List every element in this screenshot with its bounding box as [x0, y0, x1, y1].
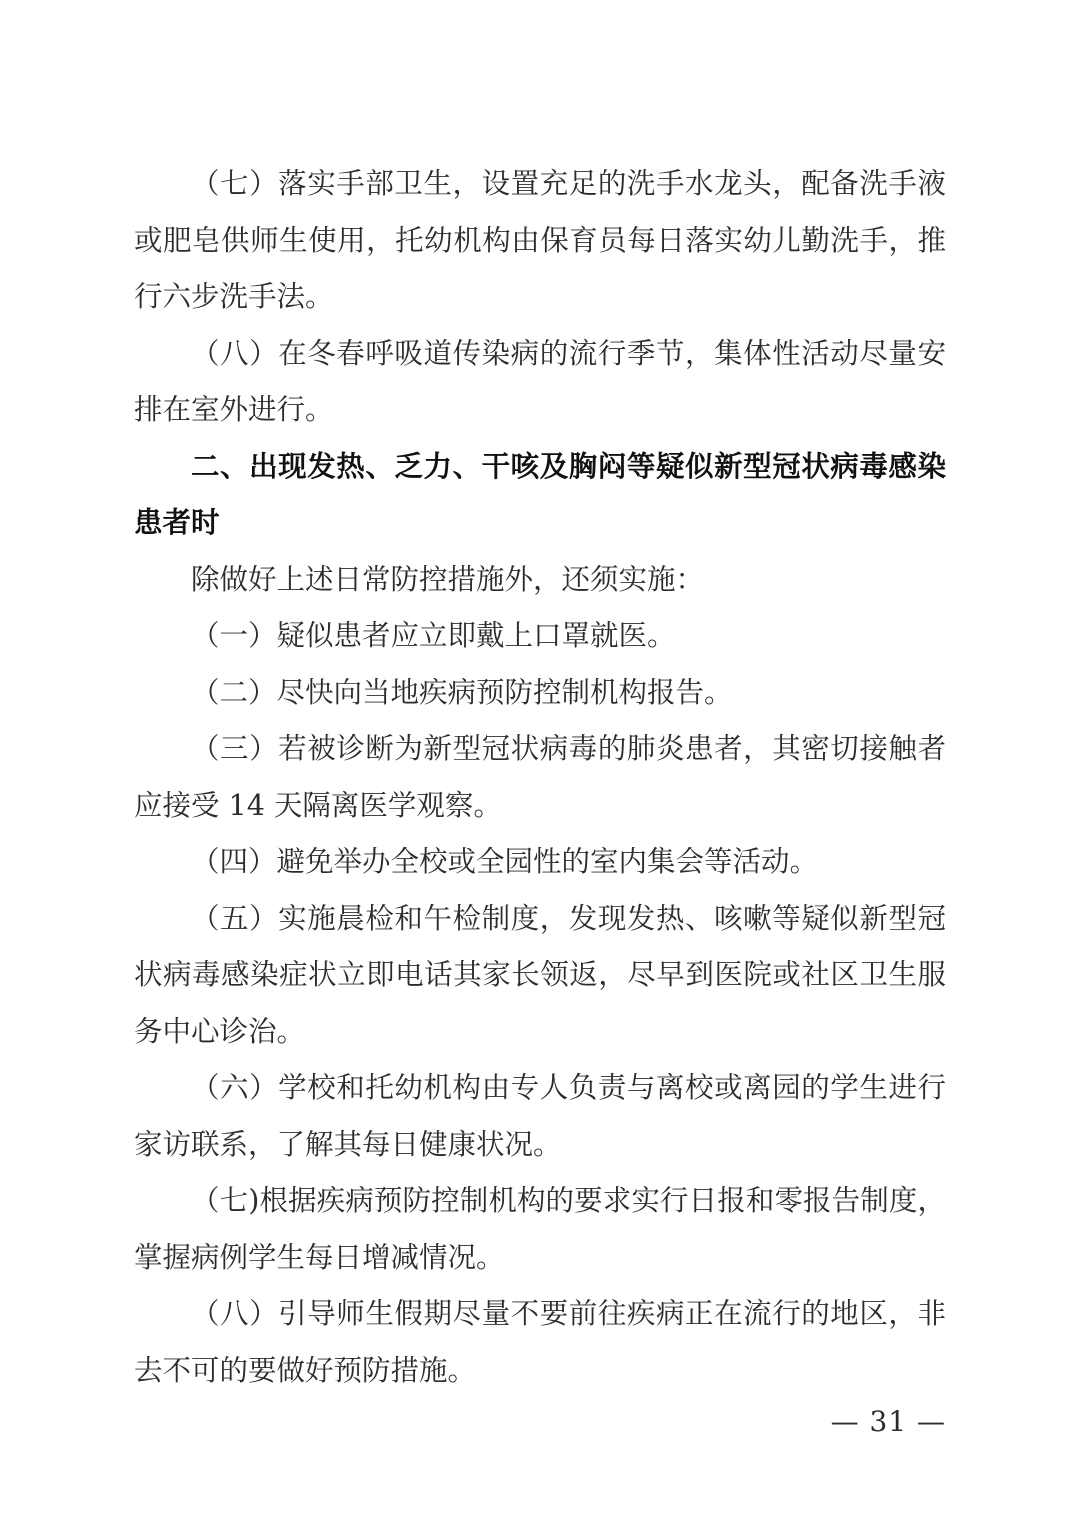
- paragraph-item-8-outdoor-activities: （八）在冬春呼吸道传染病的流行季节，集体性活动尽量安排在室外进行。: [134, 326, 946, 439]
- paragraph-item-7-hand-hygiene: （七）落实手部卫生，设置充足的洗手水龙头，配备洗手液或肥皂供师生使用，托幼机构由…: [134, 156, 946, 326]
- paragraph-item-5-morning-noon-checks: （五）实施晨检和午检制度，发现发热、咳嗽等疑似新型冠状病毒感染症状立即电话其家长…: [134, 891, 946, 1061]
- paragraph-item-6-home-visits: （六）学校和托幼机构由专人负责与离校或离园的学生进行家访联系，了解其每日健康状况…: [134, 1060, 946, 1173]
- paragraph-item-4-avoid-gatherings: （四）避免举办全校或全园性的室内集会等活动。: [134, 834, 946, 891]
- paragraph-item-7-daily-reporting: （七)根据疾病预防控制机构的要求实行日报和零报告制度，掌握病例学生每日增减情况。: [134, 1173, 946, 1286]
- document-page: （七）落实手部卫生，设置充足的洗手水龙头，配备洗手液或肥皂供师生使用，托幼机构由…: [0, 0, 1080, 1527]
- page-number: — 31 —: [134, 1405, 946, 1438]
- section-heading-suspected-cases: 二、出现发热、乏力、干咳及胸闷等疑似新型冠状病毒感染患者时: [134, 439, 946, 552]
- document-body: （七）落实手部卫生，设置充足的洗手水龙头，配备洗手液或肥皂供师生使用，托幼机构由…: [134, 156, 946, 1399]
- paragraph-item-2-report-cdc: （二）尽快向当地疾病预防控制机构报告。: [134, 665, 946, 722]
- paragraph-item-8-travel-guidance: （八）引导师生假期尽量不要前往疾病正在流行的地区，非去不可的要做好预防措施。: [134, 1286, 946, 1399]
- paragraph-intro-additional-measures: 除做好上述日常防控措施外，还须实施：: [134, 552, 946, 609]
- paragraph-item-1-wear-mask: （一）疑似患者应立即戴上口罩就医。: [134, 608, 946, 665]
- paragraph-item-3-quarantine-14-days: （三）若被诊断为新型冠状病毒的肺炎患者，其密切接触者应接受 14 天隔离医学观察…: [134, 721, 946, 834]
